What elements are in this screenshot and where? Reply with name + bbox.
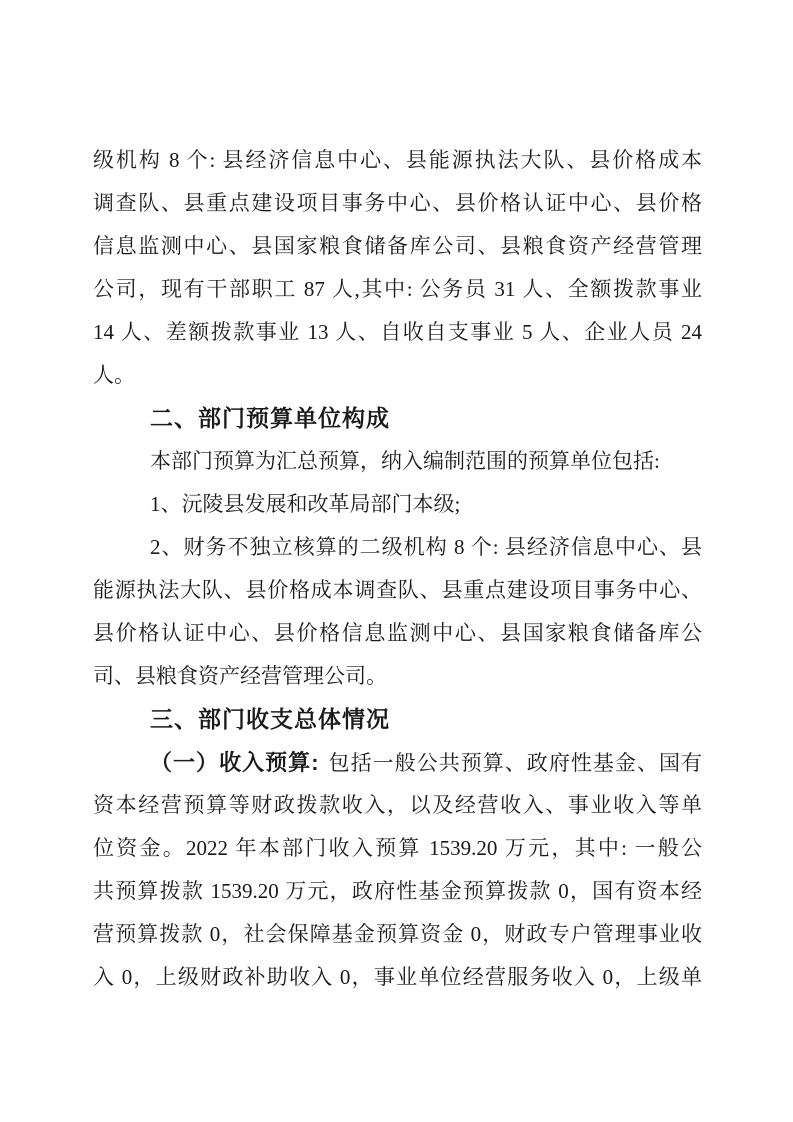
- section-2-intro-line: 本部门预算为汇总预算，纳入编制范围的预算单位包括:: [93, 440, 702, 483]
- income-paragraph-line: 资本经营预算等财政拨款收入，以及经营收入、事业收入等单: [93, 784, 702, 827]
- income-paragraph-line: 营预算拨款 0，社会保障基金预算资金 0，财政专户管理事业收: [93, 913, 702, 956]
- continuation-paragraph-line: 级机构 8 个: 县经济信息中心、县能源执法大队、县价格成本: [93, 139, 702, 182]
- document-page: 级机构 8 个: 县经济信息中心、县能源执法大队、县价格成本 调查队、县重点建设…: [0, 0, 793, 1122]
- continuation-paragraph-line: 调查队、县重点建设项目事务中心、县价格认证中心、县价格: [93, 182, 702, 225]
- continuation-paragraph-line: 公司，现有干部职工 87 人,其中: 公务员 31 人、全额拨款事业: [93, 268, 702, 311]
- section-2-item-2-line: 能源执法大队、县价格成本调查队、县重点建设项目事务中心、: [93, 569, 702, 612]
- income-budget-lead: （一）收入预算:: [150, 750, 319, 775]
- income-paragraph-line: 共预算拨款 1539.20 万元，政府性基金预算拨款 0，国有资本经: [93, 870, 702, 913]
- income-paragraph-first-line-rest: 包括一般公共预算、政府性基金、国有: [328, 751, 702, 775]
- section-heading-3: 三、部门收支总体情况: [93, 698, 702, 741]
- continuation-paragraph-line: 信息监测中心、县国家粮食储备库公司、县粮食资产经营管理: [93, 225, 702, 268]
- section-2-item-2-line: 2、财务不独立核算的二级机构 8 个: 县经济信息中心、县: [93, 526, 702, 569]
- income-paragraph-line: 位资金。2022 年本部门收入预算 1539.20 万元，其中: 一般公: [93, 827, 702, 870]
- section-heading-2: 二、部门预算单位构成: [93, 397, 702, 440]
- income-paragraph-first-line: （一）收入预算:包括一般公共预算、政府性基金、国有: [93, 741, 702, 784]
- section-2-item-2-line: 县价格认证中心、县价格信息监测中心、县国家粮食储备库公: [93, 612, 702, 655]
- text-column: 级机构 8 个: 县经济信息中心、县能源执法大队、县价格成本 调查队、县重点建设…: [93, 139, 702, 999]
- income-paragraph-line: 入 0，上级财政补助收入 0，事业单位经营服务收入 0，上级单: [93, 956, 702, 999]
- continuation-paragraph-last-line: 人。: [93, 354, 702, 397]
- continuation-paragraph-line: 14 人、差额拨款事业 13 人、自收自支事业 5 人、企业人员 24: [93, 311, 702, 354]
- section-2-item-2-last-line: 司、县粮食资产经营管理公司。: [93, 655, 702, 698]
- section-2-item-1: 1、沅陵县发展和改革局部门本级;: [93, 483, 702, 526]
